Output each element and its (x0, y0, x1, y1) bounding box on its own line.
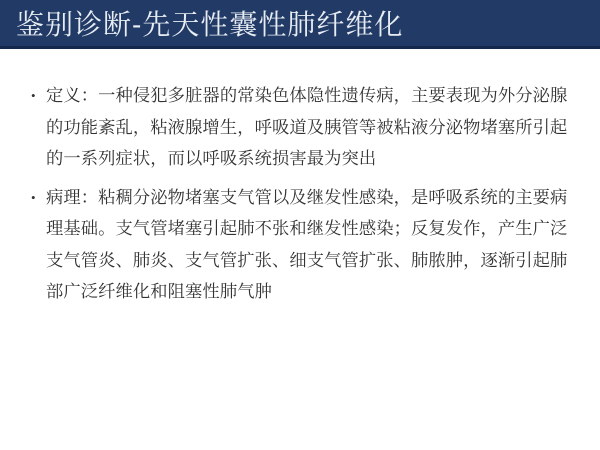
slide-header: 鉴别诊断-先天性囊性肺纤维化 (0, 0, 600, 49)
slide-title: 鉴别诊断-先天性囊性肺纤维化 (16, 3, 403, 43)
bullet-text-definition: 定义：一种侵犯多脏器的常染色体隐性遗传病，主要表现为外分泌腺 的功能紊乱，粘液腺… (46, 80, 570, 175)
bullet-dot-icon: • (31, 80, 46, 112)
bullet-dot-icon: • (31, 182, 46, 214)
bullet-item-pathology: • 病理：粘稠分泌物堵塞支气管以及继发性感染，是呼吸系统的主要病 理基础。支气管… (31, 182, 572, 308)
slide-body: • 定义：一种侵犯多脏器的常染色体隐性遗传病，主要表现为外分泌腺 的功能紊乱，粘… (0, 49, 600, 308)
bullet-item-definition: • 定义：一种侵犯多脏器的常染色体隐性遗传病，主要表现为外分泌腺 的功能紊乱，粘… (31, 80, 572, 175)
slide: 鉴别诊断-先天性囊性肺纤维化 • 定义：一种侵犯多脏器的常染色体隐性遗传病，主要… (0, 0, 600, 450)
bullet-text-pathology: 病理：粘稠分泌物堵塞支气管以及继发性感染，是呼吸系统的主要病 理基础。支气管堵塞… (46, 182, 570, 308)
